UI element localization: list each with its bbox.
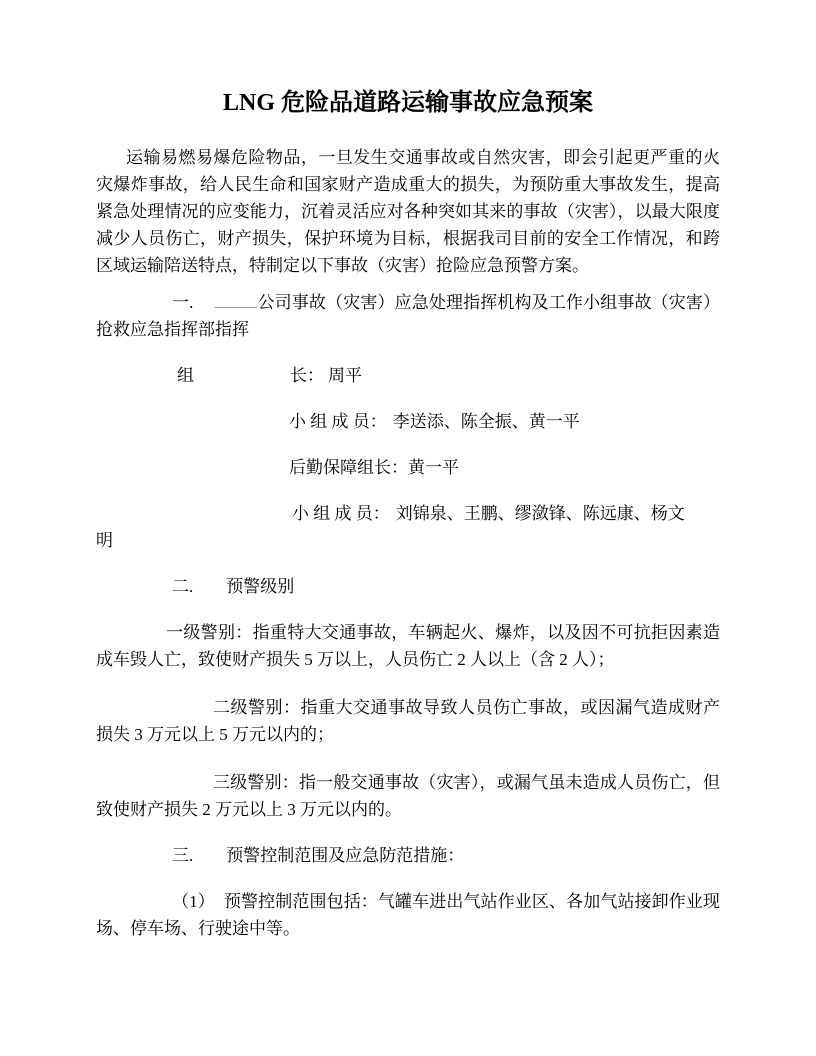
roster-row-leader: 组长：周平 [177,362,720,389]
members-label: 小 组 成 员： [292,504,390,523]
members-label: 小 组 成 员： [289,412,387,431]
tab-spacer [193,591,226,592]
members-names: 李送添、陈全振、黄一平 [393,412,580,431]
gap-spacer [215,906,224,907]
roster-row-members-1: 小 组 成 员：李送添、陈全振、黄一平 [289,408,720,435]
warning-level-1-paragraph: 一级警别：指重特大交通事故，车辆起火、爆炸，以及因不可抗拒因素造成车毁人亡，致使… [96,619,720,673]
section-2-heading: 二.预警级别 [96,573,720,600]
doc-title: LNG 危险品道路运输事故应急预案 [96,88,720,118]
document-page: LNG 危险品道路运输事故应急预案 运输易燃易爆危险物品，一旦发生交通事故或自然… [0,0,816,1056]
section-2-number: 二. [172,577,193,596]
item-1-number: （1） [172,892,215,911]
section-3-title: 预警控制范围及应急防范措施： [226,846,464,865]
logistics-name: 黄一平 [408,458,459,477]
section-1-heading: 一.公司事故（灾害）应急处理指挥机构及工作小组事故（灾害）抢救应急指挥部指挥 [96,289,720,343]
blank-underline [215,292,257,308]
warning-level-3-paragraph: 三级警别：指一般交通事故（灾害），或漏气虽未造成人员伤亡，但致使财产损失 2 万… [96,769,720,823]
section-3-heading: 三.预警控制范围及应急防范措施： [96,842,720,869]
leader-label-right: 长： [290,366,324,385]
tab-spacer [193,860,226,861]
roster-row-members-2: 小 组 成 员：刘锦泉、王鹏、缪潋锋、陈远康、杨文明 [96,500,696,554]
leader-label-left: 组 [177,366,194,385]
section-3-number: 三. [172,846,193,865]
warning-level-2-paragraph: 二级警别：指重大交通事故导致人员伤亡事故，或因漏气造成财产损失 3 万元以上 5… [96,694,720,748]
control-scope-item-1: （1）预警控制范围包括：气罐车进出气站作业区、各加气站接卸作业现场、停车场、行驶… [96,888,720,942]
tab-spacer [193,307,215,308]
logistics-label: 后勤保障组长： [289,458,408,477]
roster-row-logistics-leader: 后勤保障组长：黄一平 [289,454,720,481]
leader-name: 周平 [328,366,362,385]
intro-paragraph: 运输易燃易爆危险物品，一旦发生交通事故或自然灾害，即会引起更严重的火灾爆炸事故，… [96,144,720,279]
section-1-number: 一. [172,293,193,312]
tab-spacer [194,380,290,381]
section-2-title: 预警级别 [226,577,294,596]
members-names: 刘锦泉、王鹏、缪潋锋、陈远康、杨文明 [96,504,685,550]
